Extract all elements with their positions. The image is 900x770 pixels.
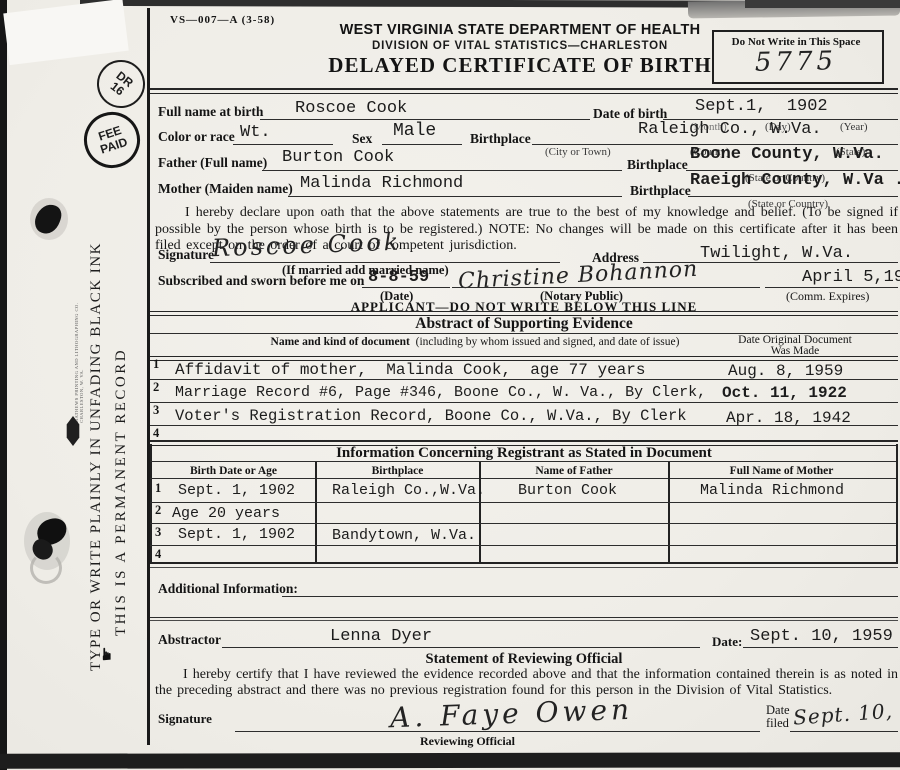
full-name-label: Full name at birth (158, 104, 263, 120)
mother-birthplace-label: Birthplace (630, 183, 691, 199)
additional-info-label: Additional Information: (158, 581, 298, 597)
race-label: Color or race (158, 129, 235, 145)
evidence-row-line (150, 425, 898, 426)
sworn-date-line (362, 287, 450, 288)
registrant-row-line (150, 523, 896, 524)
reviewing-official-sublabel: Reviewing Official (420, 734, 515, 749)
registrant-bottom-rule (150, 567, 898, 568)
review-certify-paragraph: I hereby certify that I have reviewed th… (155, 667, 898, 699)
review-signature-label: Signature (158, 711, 212, 727)
evidence-row-line (150, 379, 898, 380)
registrant-header-rule (150, 478, 896, 479)
review-signature-line (235, 731, 760, 732)
registrant-col-header-birth: Birth Date or Age (152, 465, 315, 477)
registrant-row-number: 3 (155, 525, 161, 540)
sex-value: Male (393, 121, 436, 141)
abstract-date-label: Date: (712, 634, 742, 650)
registrant-col-header-mother: Full Name of Mother (669, 465, 894, 477)
registrant-title-rule (150, 461, 896, 462)
registrant-column-divider (668, 462, 670, 562)
father-value: Burton Cook (282, 148, 394, 167)
additional-info-line-2b (150, 620, 898, 621)
fee-paid-stamp: FEEPAID (77, 105, 148, 176)
paper-fold-corner (3, 0, 128, 65)
sex-line (382, 144, 462, 145)
scan-edge-top-right-dark (745, 0, 900, 8)
mother-line (288, 196, 622, 197)
race-line (233, 144, 333, 145)
evidence-doc-header-rest: (including by whom issued and signed, an… (410, 336, 680, 348)
dr-16-stamp-text: DR16 (107, 69, 135, 99)
header-rule (150, 88, 898, 94)
dob-year-sublabel: (Year) (840, 121, 868, 133)
evidence-row-number: 1 (153, 357, 159, 372)
mother-value: Malinda Richmond (300, 174, 463, 193)
abstractor-value: Lenna Dyer (330, 627, 432, 646)
father-line (262, 170, 622, 171)
additional-info-line (282, 596, 898, 597)
registrant-row-number: 4 (155, 547, 161, 562)
father-label: Father (Full name) (158, 155, 267, 171)
race-value: Wt. (240, 123, 271, 142)
commission-line (765, 287, 898, 288)
registrant-col-header-birthplace: Birthplace (317, 465, 478, 477)
hole-punch-ring (30, 552, 62, 584)
signature-label: Signature (158, 247, 214, 263)
dob-value: Sept.1, 1902 (695, 97, 828, 116)
applicant-signature: Roscoe Cook (212, 228, 402, 263)
evidence-row-date: Aug. 8, 1959 (728, 362, 843, 380)
additional-info-line-2 (150, 617, 898, 618)
registrant-row-birth: Age 20 years (172, 505, 280, 522)
mother-birthplace-value: Raeigh County, W.Va . (690, 171, 900, 190)
mother-birthplace-line (688, 196, 898, 197)
margin-instruction-ink: TYPE OR WRITE PLAINLY IN UNFADING BLACK … (88, 193, 105, 671)
registrant-row-mother: Malinda Richmond (700, 482, 844, 499)
abstract-date-value: Sept. 10, 1959 (750, 627, 893, 646)
full-name-value: Roscoe Cook (295, 99, 407, 118)
registrant-col-header-father: Name of Father (481, 465, 667, 477)
abstractor-label: Abstractor (158, 632, 221, 648)
mother-label: Mother (Maiden name) (158, 181, 293, 197)
registrant-row-father: Burton Cook (518, 482, 617, 499)
registrant-row-line (150, 502, 896, 503)
registrant-row-birthplace: Bandytown, W.Va. (332, 527, 476, 544)
full-name-line (260, 119, 590, 120)
printer-credit: MATHEWS PRINTING AND LITHOGRAPHING CO. C… (74, 298, 84, 423)
evidence-row-number: 3 (153, 403, 159, 418)
abstractor-line (222, 647, 700, 648)
fee-paid-stamp-text: FEEPAID (95, 123, 129, 156)
address-value: Twilight, W.Va. (700, 244, 853, 263)
evidence-row-text: Voter's Registration Record, Boone Co., … (175, 407, 687, 425)
registrant-column-divider (479, 462, 481, 562)
pointing-hand-icon: ☛ (98, 646, 118, 661)
reviewing-official-signature: A. Faye Owen (389, 693, 633, 734)
scan-edge-left (0, 0, 7, 770)
sworn-date-value: 8-8-59 (368, 268, 429, 287)
registrant-column-divider (315, 462, 317, 562)
dr-16-stamp: DR16 (87, 50, 154, 117)
father-birthplace-value: Boone County, W.Va. (690, 145, 884, 164)
registrant-row-birthplace: Raleigh Co.,W.Va. (332, 482, 485, 499)
father-birthplace-label: Birthplace (627, 157, 688, 173)
abstract-date-line (743, 647, 898, 648)
evidence-row-text: Marriage Record #6, Page #346, Boone Co.… (175, 384, 706, 401)
date-filed-value: Sept. 10, 1959 (792, 694, 900, 729)
evidence-doc-column-header: Name and kind of document (including by … (185, 336, 765, 348)
registrant-row-number: 1 (155, 481, 161, 496)
scanned-birth-certificate: DR16 FEEPAID TYPE OR WRITE PLAINLY IN UN… (0, 0, 900, 770)
evidence-row-number: 2 (153, 380, 159, 395)
evidence-row-date: Oct. 11, 1922 (722, 384, 847, 402)
sex-label: Sex (352, 131, 372, 147)
registrant-row-birth: Sept. 1, 1902 (178, 482, 295, 499)
evidence-title: Abstract of Supporting Evidence (150, 315, 898, 333)
birthplace-value: Raleigh Co., W.Va. (638, 120, 822, 139)
registrant-row-line (150, 545, 896, 546)
notary-line (452, 287, 760, 288)
date-filed-line (790, 731, 898, 732)
sworn-label: Subscribed and sworn before me on (158, 273, 364, 289)
birthplace-label: Birthplace (470, 131, 531, 147)
evidence-row-number: 4 (153, 426, 159, 441)
commission-expires-value: April 5,196 (802, 268, 900, 287)
margin-instruction-permanent: THIS IS A PERMANENT RECORD (113, 246, 130, 636)
registrant-title: Information Concerning Registrant as Sta… (150, 445, 898, 462)
registrant-row-birth: Sept. 1, 1902 (178, 526, 295, 543)
date-filed-label-2: filed (766, 716, 789, 731)
registrant-row-number: 2 (155, 503, 161, 518)
evidence-row-line (150, 402, 898, 403)
registrant-table-border (150, 444, 898, 564)
evidence-row-text: Affidavit of mother, Malinda Cook, age 7… (175, 361, 645, 379)
margin-divider-rule (147, 8, 150, 745)
review-title: Statement of Reviewing Official (150, 651, 898, 668)
scan-bar-bottom (0, 752, 900, 769)
certificate-number: 5775 (712, 46, 880, 79)
city-sublabel: (City or Town) (545, 146, 611, 158)
evidence-doc-header-bold: Name and kind of document (271, 336, 410, 348)
